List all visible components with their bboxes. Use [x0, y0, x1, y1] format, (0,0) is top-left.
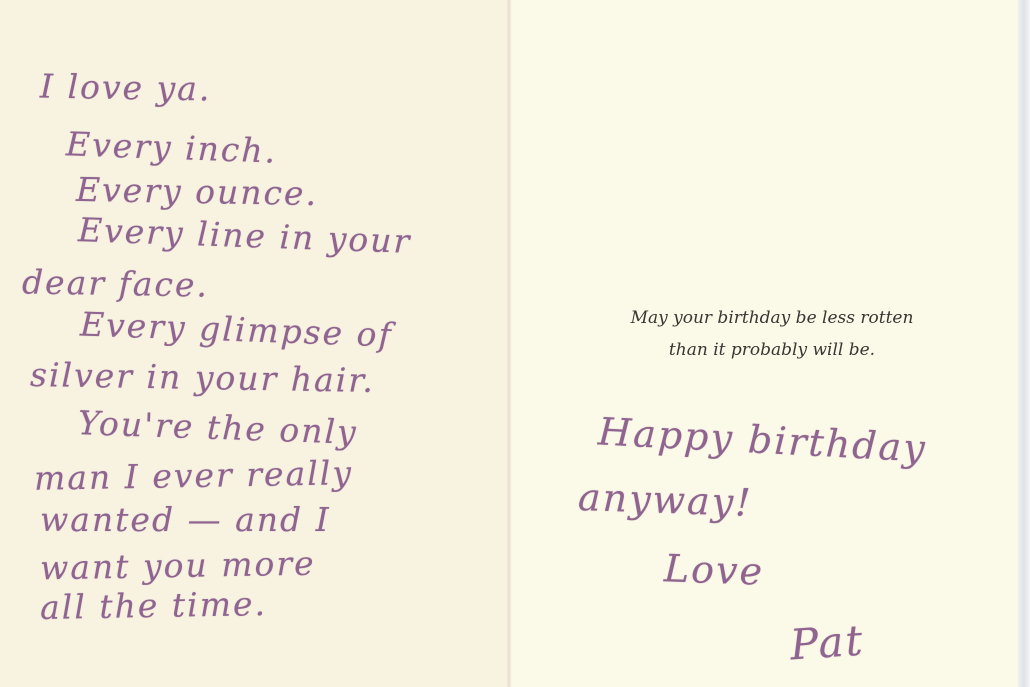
handwritten-line: man I ever really	[34, 453, 354, 498]
printed-message-line1: May your birthday be less rotten	[612, 302, 932, 334]
greeting-card: I love ya. Every inch. Every ounce. Ever…	[0, 0, 1030, 687]
printed-message-line2: than it probably will be.	[612, 334, 932, 366]
card-left-panel: I love ya. Every inch. Every ounce. Ever…	[0, 0, 508, 687]
handwritten-line: Every inch.	[65, 124, 277, 170]
handwritten-line: want you more	[40, 544, 316, 588]
handwritten-line: wanted — and I	[40, 500, 331, 539]
handwritten-line: Every line in your	[77, 210, 412, 261]
printed-message: May your birthday be less rotten than it…	[612, 302, 932, 366]
handwritten-line: Every glimpse of	[79, 305, 393, 355]
handwritten-line: I love ya.	[40, 67, 212, 109]
handwritten-line: Every ounce.	[76, 170, 319, 213]
handwritten-greeting-line2: anyway!	[577, 475, 753, 525]
handwritten-line: silver in your hair.	[30, 355, 376, 400]
handwritten-line: dear face.	[22, 262, 210, 304]
card-fold	[507, 0, 511, 687]
handwritten-signature: Pat	[788, 615, 866, 669]
handwritten-line: all the time.	[40, 584, 268, 627]
handwritten-line: You're the only	[77, 403, 358, 452]
card-edge	[1018, 0, 1030, 687]
handwritten-closing: Love	[663, 546, 765, 593]
